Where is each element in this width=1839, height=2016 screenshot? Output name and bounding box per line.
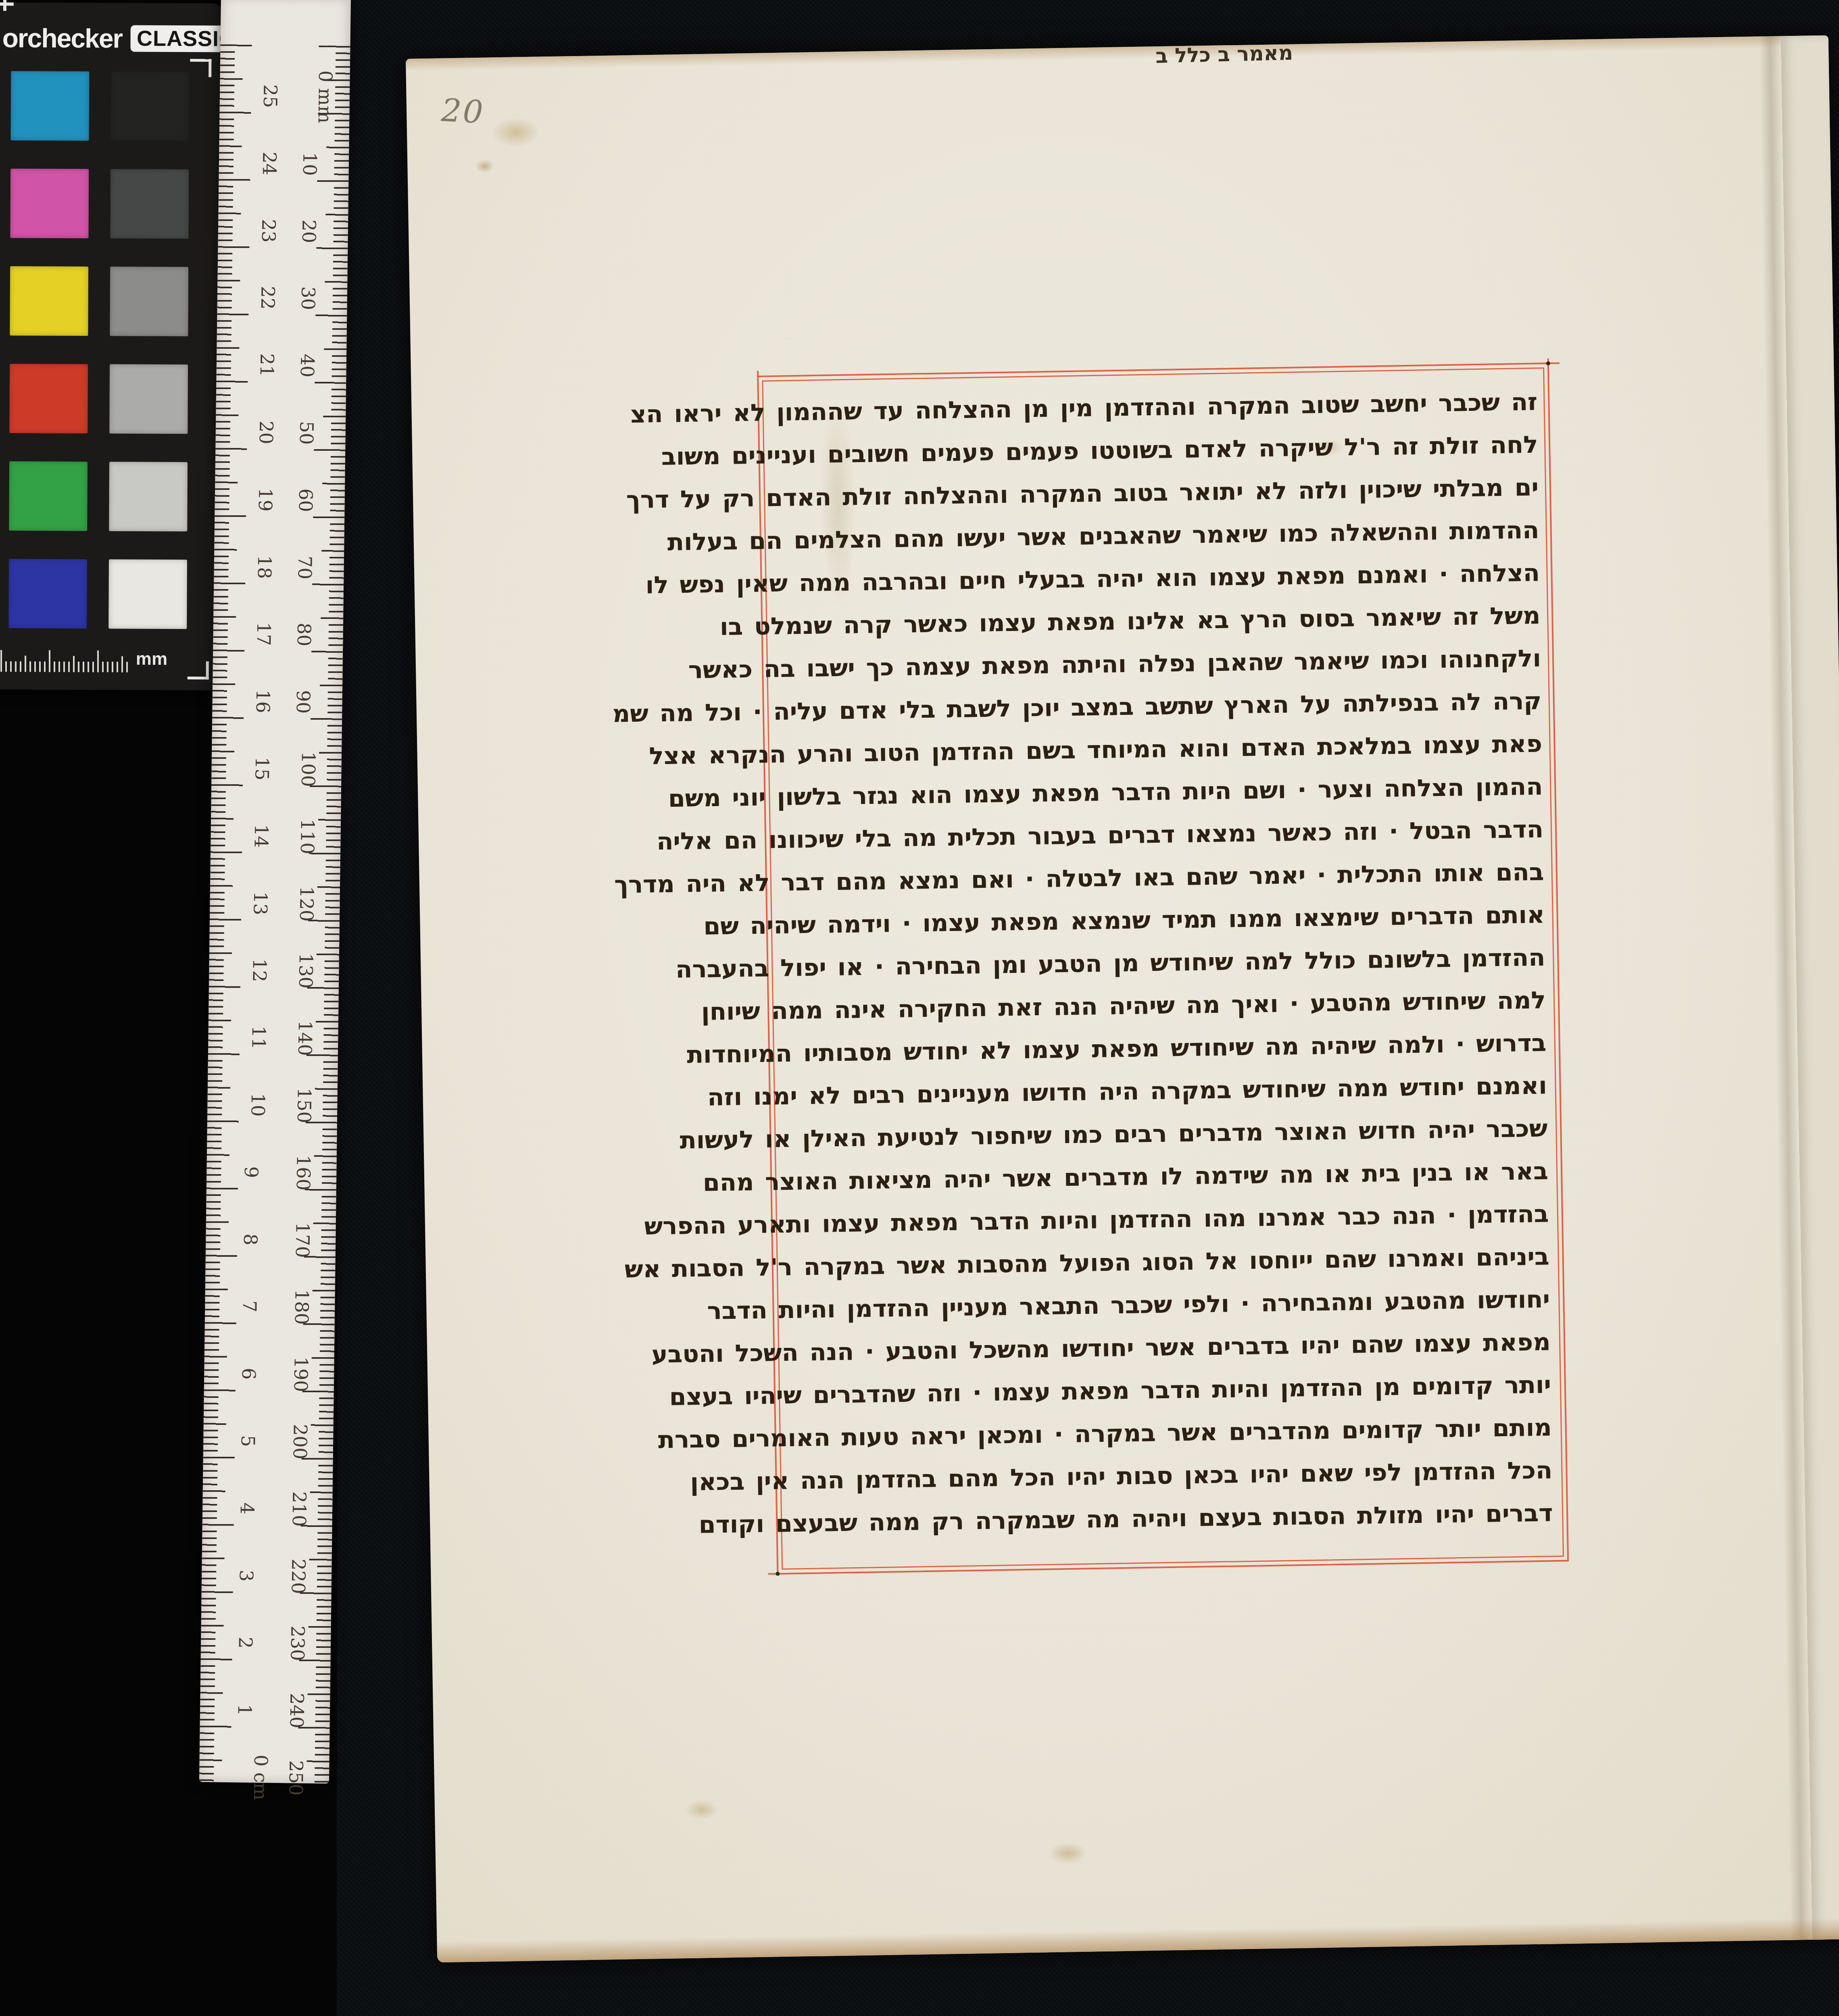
color-swatch xyxy=(109,462,188,531)
ruler-cm-number: 24 xyxy=(259,152,281,175)
foxing-stain xyxy=(491,117,540,148)
color-swatch xyxy=(10,266,88,336)
color-swatch xyxy=(8,559,87,629)
ruler-cm-number: 20 xyxy=(255,421,277,444)
color-checker-card: orchecker CLASSIC mm xyxy=(0,2,223,690)
manuscript-text-block: זה שכבר יחשב שטוב המקרה וההזדמן מין מן ה… xyxy=(769,381,1553,1545)
ruler-mm-number: 230 xyxy=(286,1626,309,1661)
manuscript-page: 20 מאמר ב כלל ב זה שכבר יחשב שטוב המקרה … xyxy=(406,35,1839,1963)
ruler-cm-number: 0 cm xyxy=(250,1755,272,1801)
color-swatch-grid xyxy=(8,71,189,629)
ruler-mm-number: 90 xyxy=(292,690,315,714)
ruler-cm-number: 8 xyxy=(240,1233,261,1245)
color-swatch xyxy=(10,169,89,238)
color-swatch xyxy=(110,267,188,336)
color-checker-label: orchecker CLASSIC xyxy=(2,23,242,54)
ruler-mm-number: 130 xyxy=(295,953,317,989)
ruler-mm-number: 0 mm xyxy=(314,70,337,123)
registration-mark-icon xyxy=(190,59,211,77)
ruler-cm-number: 6 xyxy=(238,1368,260,1380)
ruler-cm-number: 17 xyxy=(253,622,275,646)
color-swatch xyxy=(109,364,188,434)
ruler-mm-number: 150 xyxy=(293,1087,315,1123)
ruler-mm-number: 180 xyxy=(291,1289,313,1325)
folio-number: 20 xyxy=(440,92,486,131)
color-swatch xyxy=(110,169,189,239)
ruler-cm-number: 19 xyxy=(254,488,277,512)
digitized-manuscript-photo: orchecker CLASSIC mm 2524232221201918171… xyxy=(0,0,1839,2016)
ruler-cm-number: 18 xyxy=(254,555,276,579)
ruler-mm-number: 10 xyxy=(299,152,321,176)
photographic-ruler: 2524232221201918171615141312111098765432… xyxy=(199,0,351,1784)
ruler-mm-number: 100 xyxy=(297,752,319,787)
ruler-cm-number: 3 xyxy=(236,1570,257,1582)
ruler-cm-number: 14 xyxy=(250,824,272,848)
ruler-mm-number: 220 xyxy=(288,1558,310,1594)
ruler-mm-number: 200 xyxy=(289,1424,311,1459)
card-mm-unit-label: mm xyxy=(136,649,167,669)
ruler-mm-number: 80 xyxy=(293,623,315,646)
frame-overshoot xyxy=(757,371,759,377)
ruler-cm-number: 16 xyxy=(252,689,274,713)
ruler-mm-number: 210 xyxy=(288,1491,311,1527)
registration-cross-icon xyxy=(0,2,14,6)
ruler-cm-number: 21 xyxy=(256,353,278,377)
ruler-mm-number: 70 xyxy=(294,556,316,579)
card-mm-scale xyxy=(0,650,130,672)
color-swatch xyxy=(9,364,88,433)
ruler-cm-number: 11 xyxy=(248,1026,270,1050)
ruler-mm-number: 20 xyxy=(298,219,320,243)
ruler-mm-number: 60 xyxy=(295,488,317,512)
color-checker-brand-text: orchecker xyxy=(2,23,122,54)
ruler-cm-number: 22 xyxy=(257,286,279,310)
foxing-stain xyxy=(685,1800,719,1820)
ruler-cm-number: 9 xyxy=(240,1166,262,1178)
pricking-hole xyxy=(1546,361,1550,365)
ruler-cm-number: 5 xyxy=(237,1435,259,1447)
ruler-mm-number: 40 xyxy=(296,354,319,377)
ruler-mm-number: 250 xyxy=(285,1760,307,1795)
foxing-stain xyxy=(475,159,494,173)
ruler-mm-number: 190 xyxy=(290,1357,312,1392)
ruler-cm-number: 10 xyxy=(247,1093,269,1117)
ruler-cm-number: 2 xyxy=(235,1637,256,1649)
registration-mark-icon xyxy=(188,661,209,679)
ruler-mm-number: 140 xyxy=(294,1020,316,1056)
ruler-cm-number: 4 xyxy=(236,1502,258,1514)
ruler-cm-number: 15 xyxy=(251,757,273,781)
ruler-mm-number: 30 xyxy=(297,286,319,310)
pricking-hole xyxy=(776,1572,780,1576)
color-swatch xyxy=(11,71,90,141)
color-swatch xyxy=(111,71,190,141)
color-swatch xyxy=(9,461,88,531)
ruler-cm-number: 1 xyxy=(234,1704,256,1716)
ruler-cm-number: 13 xyxy=(249,891,271,915)
ruler-mm-number: 110 xyxy=(296,818,319,854)
color-swatch xyxy=(108,559,187,629)
ruler-cm-number: 23 xyxy=(258,219,280,242)
foxing-stain xyxy=(1049,1842,1088,1865)
ruler-mm-number: 170 xyxy=(292,1222,314,1258)
ruler-mm-number: 160 xyxy=(292,1155,315,1190)
ruler-mm-number: 50 xyxy=(296,421,318,445)
ruler-cm-number: 12 xyxy=(248,958,271,982)
ruler-cm-number: 25 xyxy=(259,84,281,108)
ruler-mm-number: 240 xyxy=(286,1693,308,1729)
ruler-mm-number: 120 xyxy=(296,886,318,921)
ruler-cm-number: 7 xyxy=(239,1301,261,1313)
